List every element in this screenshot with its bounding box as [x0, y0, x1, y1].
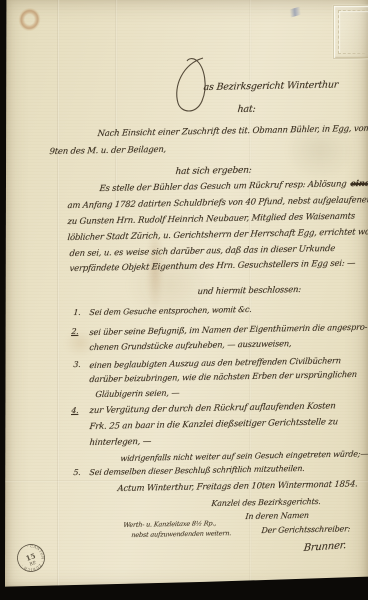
- body-line: zu Gunsten Hrn. Rudolf Heinrich Neubauer…: [67, 211, 355, 227]
- list-item-number: 3.: [73, 360, 81, 369]
- list-item-line: zur Vergütung der durch den Rückruf aufl…: [89, 401, 336, 416]
- list-item-line: hinterlegen, —: [89, 437, 152, 448]
- list-item-line: einen beglaubigten Auszug aus den betref…: [89, 355, 341, 370]
- intro-line: 9ten des M. u. der Beilagen,: [49, 145, 166, 157]
- body-line: Es stelle der Bühler das Gesuch um Rückr…: [99, 179, 368, 194]
- closing-line: Der Gerichtsschreiber:: [261, 524, 351, 535]
- closing-line: In deren Namen: [245, 511, 309, 521]
- intro-line: hat sich ergeben:: [175, 166, 252, 177]
- list-item-line: Sei demselben dieser Beschluß schriftlic…: [89, 464, 305, 477]
- closing-line: Kanzlei des Bezirksgerichts.: [211, 497, 321, 508]
- list-item-number: 4.: [71, 406, 79, 415]
- body-line: löblicher Stadt Zürich, u. Gerichtsherrn…: [67, 227, 368, 243]
- proviso-line: widrigenfalls nicht weiter auf sein Gesu…: [120, 449, 368, 463]
- list-item-line: sei über seine Befugniß, im Namen der Ei…: [89, 322, 368, 337]
- heading-subline: hat:: [237, 104, 256, 115]
- list-item-number: 5.: [73, 468, 81, 477]
- list-item-line: Frk. 25 an baar in die Kanzlei dießseiti…: [89, 417, 338, 432]
- embossed-stamp: [333, 5, 368, 59]
- struck-word: einen: [350, 179, 368, 190]
- list-item-line: Gläubigerin seien, —: [95, 387, 180, 399]
- blue-ink-mark-icon: [287, 6, 304, 18]
- heading-line: as Bezirksgericht Winterthur: [203, 79, 339, 93]
- list-item-line: darüber beizubringen, wie die nächsten E…: [89, 369, 357, 384]
- signature: Brunner.: [303, 540, 347, 554]
- list-item-number: 2.: [71, 327, 79, 336]
- body-line: am Anfang 1782 datirten Schuldbriefs von…: [67, 195, 368, 211]
- fee-note-line: Werth- u. Kanzleitaxe 8½ Rp.,: [123, 519, 216, 529]
- list-item-line: chenen Grundstücke aufzuheben, — auszuwe…: [89, 338, 292, 352]
- resolution-line: und hiermit beschlossen:: [197, 285, 301, 297]
- wafer-seal: [12, 1, 47, 37]
- embossed-stamp-inner: [338, 10, 368, 54]
- paper-sheet: D as Bezirksgericht Winterthur hat: Nach…: [5, 0, 368, 592]
- list-item-line: Sei dem Gesuche entsprochen, womit &c.: [89, 305, 252, 317]
- scanned-document: D as Bezirksgericht Winterthur hat: Nach…: [0, 0, 368, 600]
- fold-crease-top: [115, 0, 118, 200]
- list-item-number: 1.: [73, 308, 81, 317]
- body-line: verpfändete Objekt Eigenthum des Hrn. Ge…: [69, 258, 356, 274]
- body-line: den sei, u. es weise sich darüber aus, d…: [69, 244, 335, 259]
- postal-stamp: · CANTON · ZÜRICH · 15 RP.: [9, 536, 53, 580]
- fee-note-line: nebst aufzuwendenden weitern.: [131, 529, 232, 539]
- body-line-text: Es stelle der Bühler das Gesuch um Rückr…: [99, 179, 347, 194]
- fold-crease-left: [57, 0, 60, 592]
